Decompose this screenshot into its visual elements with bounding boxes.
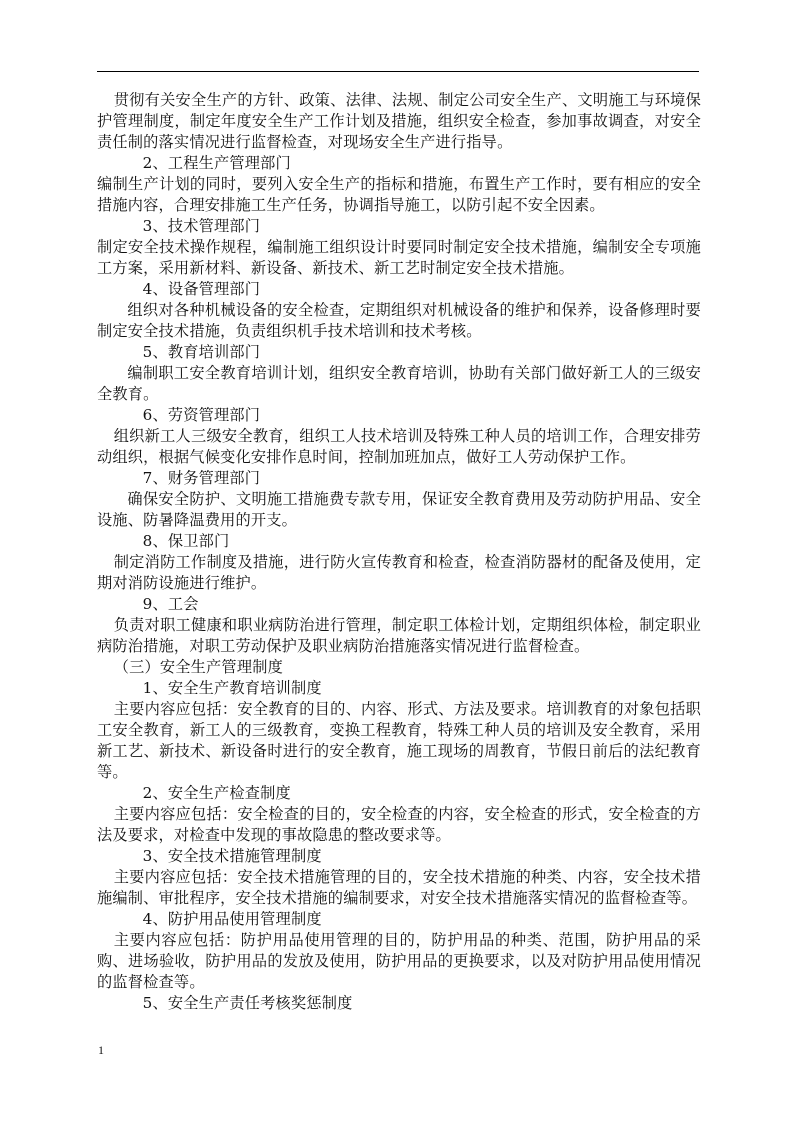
section-heading-safety-management-system: （三）安全生产管理制度 <box>97 657 701 678</box>
paragraph-equipment-dept: 组织对各种机械设备的安全检查，定期组织对机械设备的维护和保养，设备修理时要制定安… <box>97 300 701 342</box>
heading-education-training-system: 1、安全生产教育培训制度 <box>97 678 701 699</box>
paragraph-education-training-system: 主要内容应包括：安全教育的目的、内容、形式、方法及要求。培训教育的对象包括职工安… <box>97 699 701 783</box>
heading-protective-equipment-system: 4、防护用品使用管理制度 <box>97 909 701 930</box>
heading-finance-dept: 7、财务管理部门 <box>97 468 701 489</box>
heading-technical-measures-system: 3、安全技术措施管理制度 <box>97 846 701 867</box>
heading-training-dept: 5、教育培训部门 <box>97 342 701 363</box>
paragraph-engineering-dept: 编制生产计划的同时，要列入安全生产的指标和措施，布置生产工作时，要有相应的安全措… <box>97 174 701 216</box>
document-body: 贯彻有关安全生产的方针、政策、法律、法规、制定公司安全生产、文明施工与环境保护管… <box>97 90 701 1014</box>
paragraph-technical-dept: 制定安全技术操作规程，编制施工组织设计时要同时制定安全技术措施，编制安全专项施工… <box>97 237 701 279</box>
paragraph-safety-dept-duties: 贯彻有关安全生产的方针、政策、法律、法规、制定公司安全生产、文明施工与环境保护管… <box>97 90 701 153</box>
paragraph-union: 负责对职工健康和职业病防治进行管理，制定职工体检计划，定期组织体检，制定职业病防… <box>97 615 701 657</box>
heading-security-dept: 8、保卫部门 <box>97 531 701 552</box>
page-number: 1 <box>98 1043 104 1058</box>
heading-union: 9、工会 <box>97 594 701 615</box>
paragraph-protective-equipment-system: 主要内容应包括：防护用品使用管理的目的，防护用品的种类、范围，防护用品的采购、进… <box>97 930 701 993</box>
paragraph-security-dept: 制定消防工作制度及措施，进行防火宣传教育和检查，检查消防器材的配备及使用，定期对… <box>97 552 701 594</box>
heading-inspection-system: 2、安全生产检查制度 <box>97 783 701 804</box>
heading-labor-dept: 6、劳资管理部门 <box>97 405 701 426</box>
paragraph-labor-dept: 组织新工人三级安全教育，组织工人技术培训及特殊工种人员的培训工作，合理安排劳动组… <box>97 426 701 468</box>
header-rule <box>97 71 699 72</box>
heading-engineering-dept: 2、工程生产管理部门 <box>97 153 701 174</box>
paragraph-inspection-system: 主要内容应包括：安全检查的目的，安全检查的内容，安全检查的形式，安全检查的方法及… <box>97 804 701 846</box>
paragraph-technical-measures-system: 主要内容应包括：安全技术措施管理的目的，安全技术措施的种类、内容，安全技术措施编… <box>97 867 701 909</box>
heading-responsibility-assessment-system: 5、安全生产责任考核奖惩制度 <box>97 993 701 1014</box>
heading-technical-dept: 3、技术管理部门 <box>97 216 701 237</box>
paragraph-finance-dept: 确保安全防护、文明施工措施费专款专用，保证安全教育费用及劳动防护用品、安全设施、… <box>97 489 701 531</box>
paragraph-training-dept: 编制职工安全教育培训计划，组织安全教育培训，协助有关部门做好新工人的三级安全教育… <box>97 363 701 405</box>
heading-equipment-dept: 4、设备管理部门 <box>97 279 701 300</box>
